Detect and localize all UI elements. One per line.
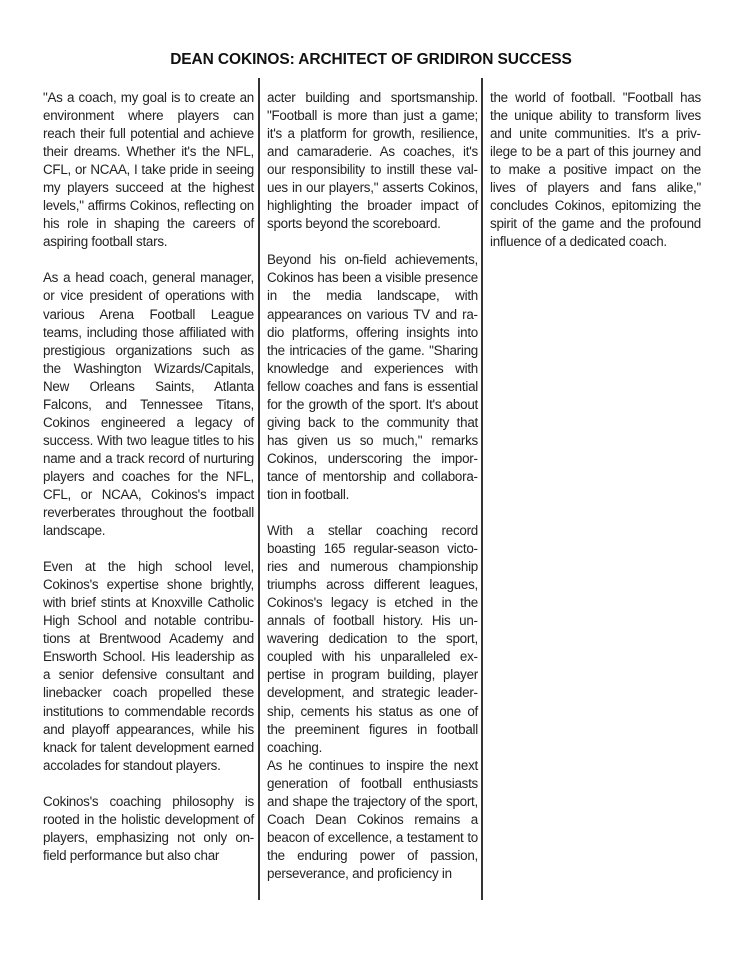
paragraph: Cokinos's coaching philosophy is rooted … bbox=[43, 793, 254, 865]
paragraph: Beyond his on-field achievements, Cokino… bbox=[267, 251, 478, 504]
paragraph: As a head coach, general manag­er, or vi… bbox=[43, 269, 254, 540]
paragraph: the world of football. "Football has the… bbox=[490, 89, 701, 251]
article-column-3: the world of football. "Football has the… bbox=[490, 89, 701, 269]
article-column-2: acter building and sportsmanship. "Footb… bbox=[267, 89, 478, 901]
column-divider bbox=[481, 78, 483, 900]
article-column-1: "As a coach, my goal is to create an env… bbox=[43, 89, 254, 883]
paragraph: Even at the high school level, Cokinos's… bbox=[43, 558, 254, 775]
paragraph: With a stellar coaching record boasting … bbox=[267, 522, 478, 757]
paragraph: As he continues to inspire the next gene… bbox=[267, 757, 478, 883]
paragraph: acter building and sportsmanship. "Footb… bbox=[267, 89, 478, 233]
paragraph: "As a coach, my goal is to create an env… bbox=[43, 89, 254, 251]
article-title: DEAN COKINOS: ARCHITECT OF GRIDIRON SUCC… bbox=[0, 51, 742, 69]
column-divider bbox=[258, 78, 260, 900]
